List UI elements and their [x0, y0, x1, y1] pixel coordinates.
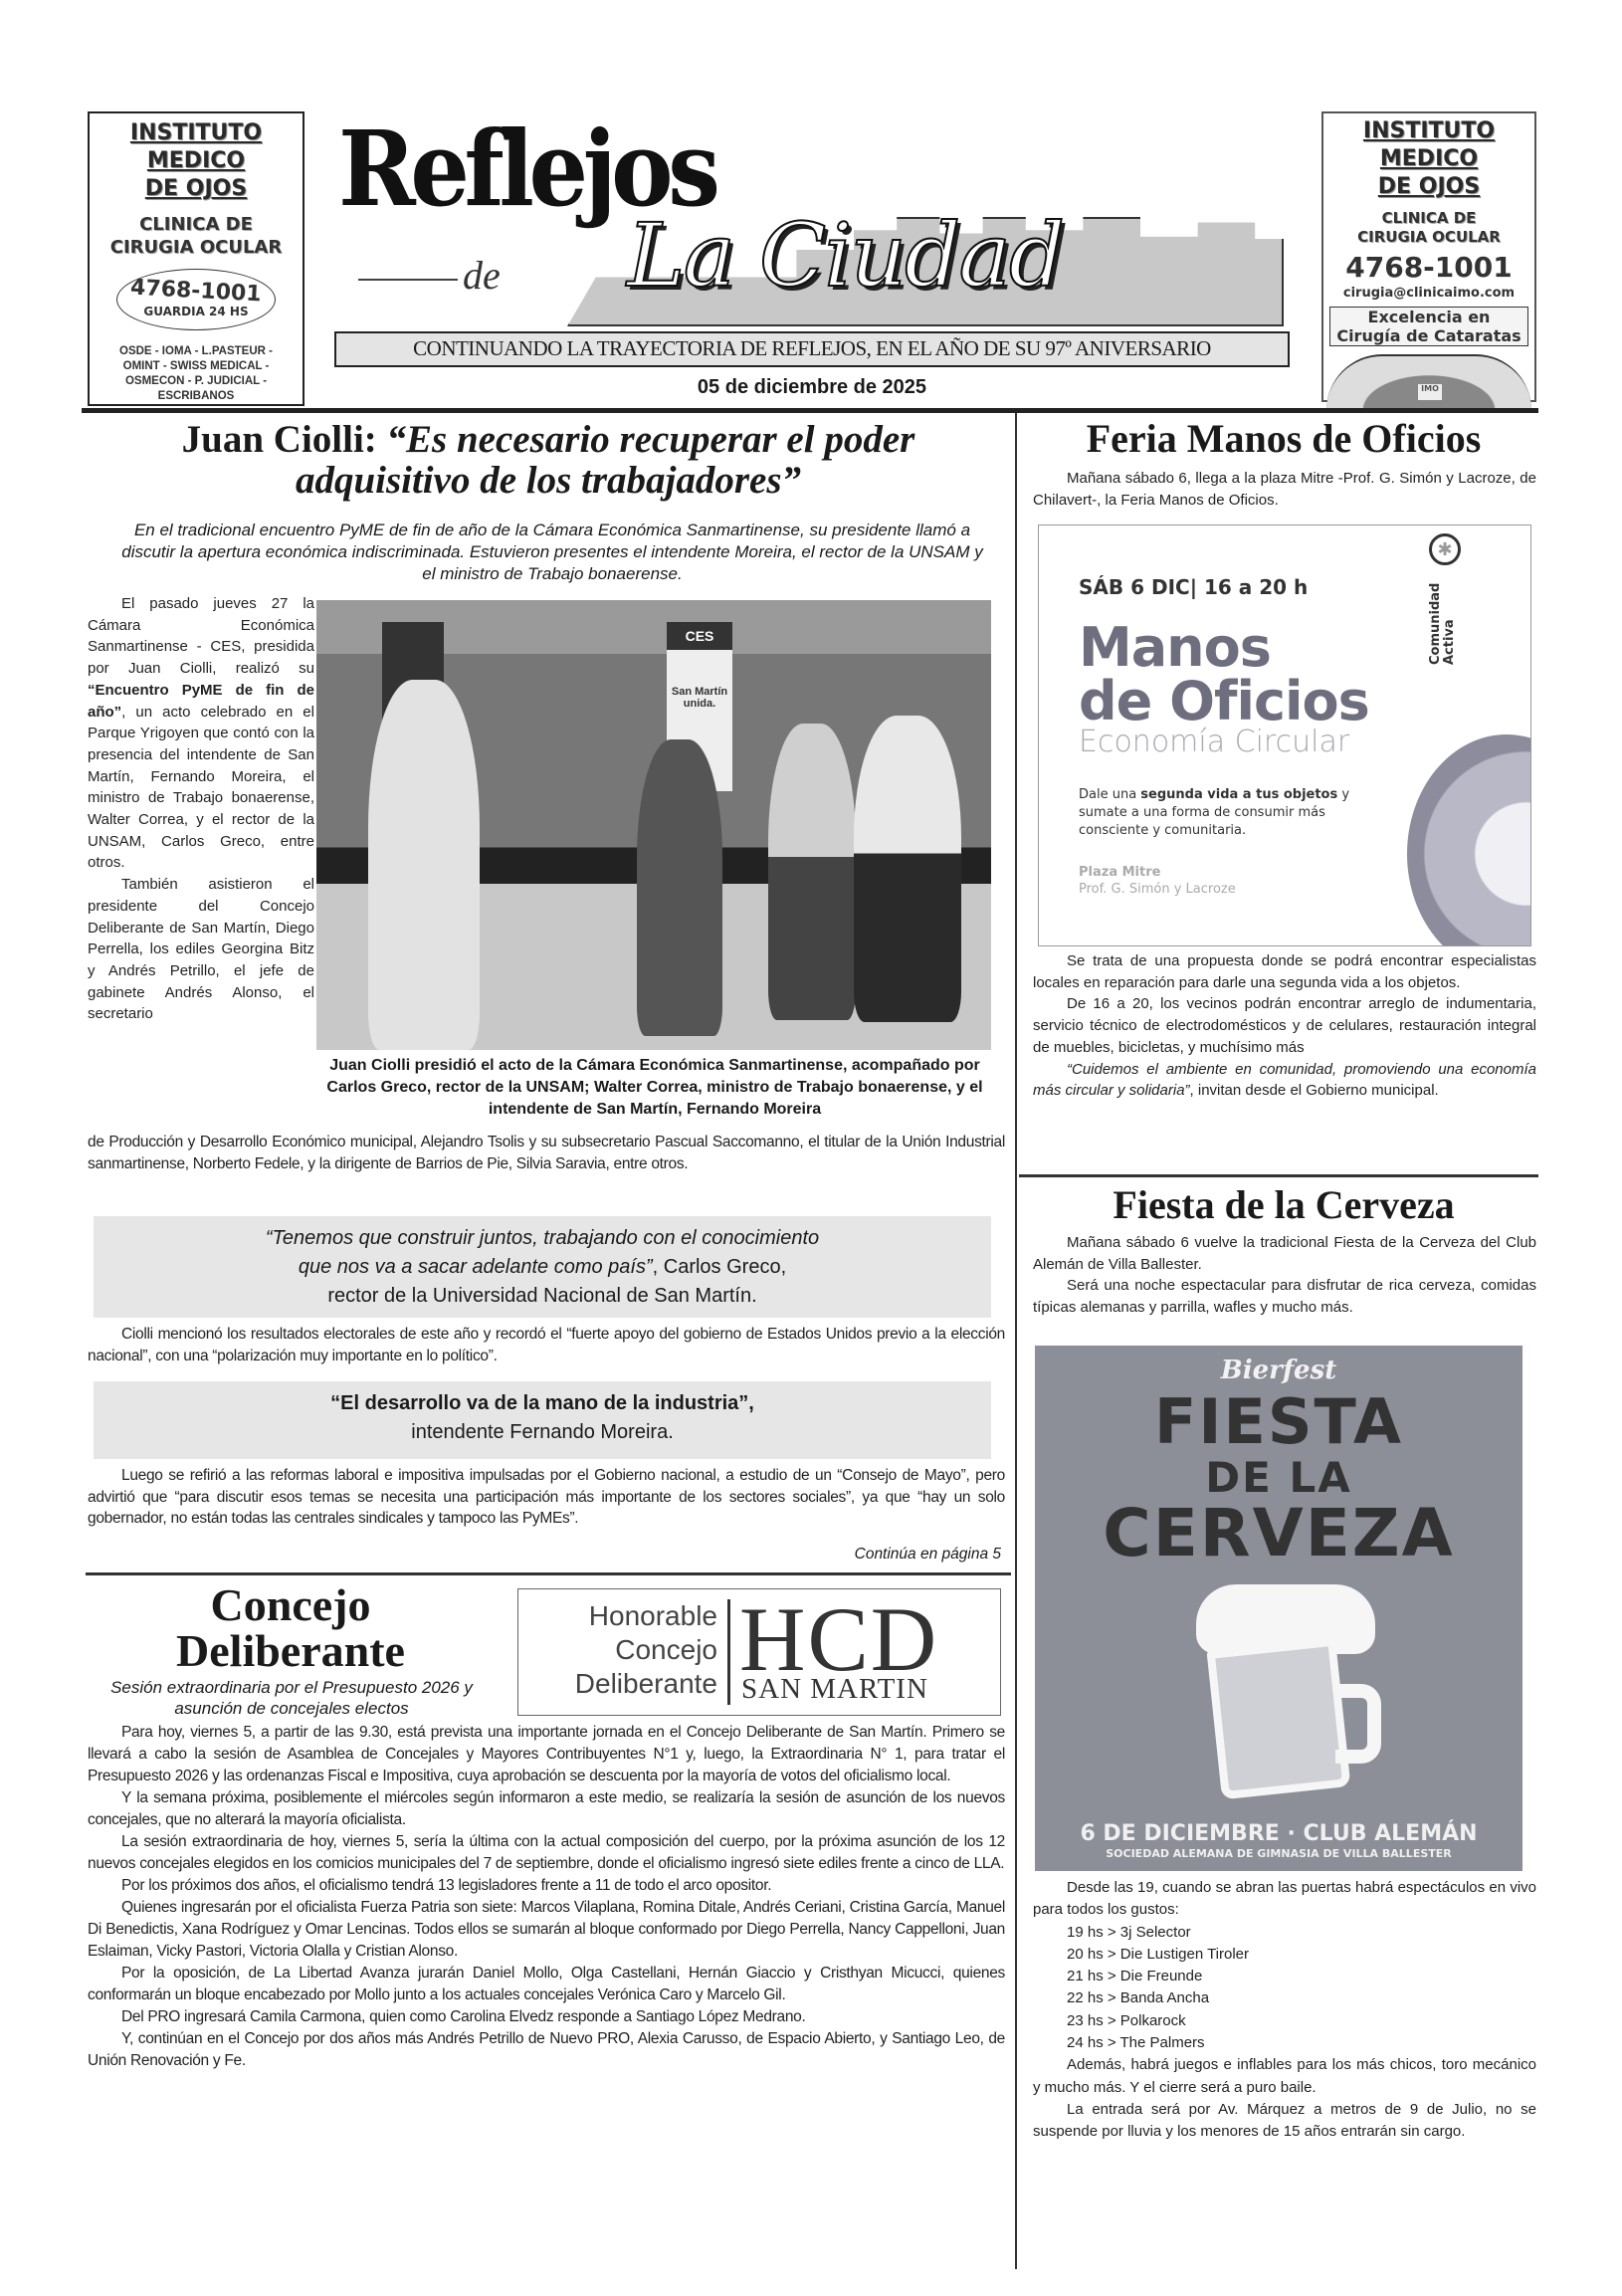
ad-title-line: de Oficios [1079, 675, 1369, 729]
ad-coverage-list: OSDE - IOMA - L.PASTEUR - OMINT - SWISS … [90, 344, 303, 404]
paragraph: También asistieron el presidente del Con… [88, 874, 314, 1025]
headline-line: Concejo [92, 1582, 490, 1628]
headline-line: Deliberante [92, 1628, 490, 1674]
logo-divider [727, 1599, 730, 1705]
coverage-line: OSDE - IOMA - L.PASTEUR - [90, 344, 303, 359]
paragraph: La sesión extraordinaria de hoy, viernes… [88, 1831, 1005, 1875]
masthead-title-la-ciudad: La Ciudad [627, 212, 1063, 300]
main-narrow-column: El pasado jueves 27 la Cámara Económica … [88, 593, 314, 1025]
ad-instituto-medico-left[interactable]: INSTITUTO MEDICO DE OJOS CLINICA DE CIRU… [88, 111, 304, 406]
logo-text: IMO [1418, 384, 1442, 400]
paragraph: De 16 a 20, los vecinos podrán encontrar… [1033, 993, 1536, 1058]
ad-place: Plaza Mitre Prof. G. Simón y Lacroze [1079, 864, 1236, 898]
fiesta-cerveza-ad[interactable]: Bierfest FIESTA DE LA CERVEZA 6 DE DICIE… [1035, 1346, 1522, 1871]
schedule-item: 23 hs > Polkarock [1033, 2010, 1536, 2032]
ad-organizer: SOCIEDAD ALEMANA DE GIMNASIA DE VILLA BA… [1035, 1847, 1522, 1860]
ad-guardia: GUARDIA 24 HS [143, 305, 248, 318]
concejo-body: Para hoy, viernes 5, a partir de las 9.3… [88, 1722, 1005, 2072]
masthead-de: de [463, 252, 501, 299]
paragraph: Además, habrá juegos e inflables para lo… [1033, 2054, 1536, 2099]
event-photo[interactable]: CES San Martín unida. [316, 600, 991, 1050]
hcd-logo-big: HCD [739, 1595, 938, 1683]
imo-logo-icon: IMO [1326, 354, 1531, 410]
person-right [854, 716, 961, 1022]
paragraph: Mañana sábado 6, llega a la plaza Mitre … [1033, 468, 1536, 511]
main-headline: Juan Ciolli: “Es necesario recuperar el … [86, 420, 1011, 502]
brand-text: ComunidadActiva [1429, 569, 1457, 665]
main-body-p3: Luego se refirió a las reformas laboral … [88, 1465, 1005, 1530]
person-speaker [368, 680, 480, 1050]
quote-text: “Tenemos que construir juntos, trabajand… [266, 1227, 819, 1249]
continues-link[interactable]: Continúa en página 5 [776, 1546, 1001, 1564]
hcd-logo: Honorable Concejo Deliberante HCD SAN MA… [517, 1588, 1001, 1716]
section-rule [1019, 1174, 1538, 1177]
coverage-line: ESCRIBANOS [90, 389, 303, 404]
logo-text: Deliberante [528, 1667, 717, 1701]
place-name: Plaza Mitre [1079, 864, 1236, 881]
ad-phone: 4768-1001 [130, 278, 263, 307]
issue-date: 05 de diciembre de 2025 [334, 376, 1290, 399]
banner-text: CES [667, 622, 732, 650]
coverage-line: OMINT - SWISS MEDICAL - [90, 359, 303, 374]
paragraph: Quienes ingresarán por el oficialista Fu… [88, 1897, 1005, 1963]
header-rule [82, 408, 1538, 413]
phone-oval: 4768-1001 GUARDIA 24 HS [116, 269, 276, 330]
main-body-p2: Ciolli mencionó los resultados electoral… [88, 1324, 1005, 1366]
pull-quote-greco: “Tenemos que construir juntos, trabajand… [94, 1216, 991, 1318]
masthead: Reflejos de La Ciudad [338, 107, 1294, 331]
brand-line: Comunidad [1428, 583, 1443, 665]
column-divider [1015, 413, 1017, 2269]
banner-subtext: San Martín unida. [667, 650, 732, 710]
schedule-item: 22 hs > Banda Ancha [1033, 1987, 1536, 2009]
ad-date-venue: 6 DE DICIEMBRE · CLUB ALEMÁN [1035, 1821, 1522, 1846]
paragraph: Se trata de una propuesta donde se podrá… [1033, 950, 1536, 993]
paragraph: La entrada será por Av. Márquez a metros… [1033, 2099, 1536, 2144]
feria-intro: Mañana sábado 6, llega a la plaza Mitre … [1033, 468, 1536, 511]
paragraph: Y la semana próxima, posiblemente el mié… [88, 1787, 1005, 1831]
cerveza-body: Desde las 19, cuando se abran las puerta… [1033, 1877, 1536, 2144]
brand-line: Activa [1442, 619, 1457, 665]
paragraph: “Cuidemos el ambiente en comunidad, prom… [1033, 1059, 1536, 1102]
concejo-deck: Sesión extraordinaria por el Presupuesto… [107, 1677, 476, 1719]
schedule-item: 19 hs > 3j Selector [1033, 1922, 1536, 1944]
quote-attribution: intendente Fernando Moreira. [94, 1418, 991, 1447]
photo-caption: Juan Ciolli presidió el acto de la Cámar… [320, 1055, 989, 1121]
quote-text: que nos va a sacar adelante como país” [299, 1256, 653, 1278]
ad-title-cerveza: CERVEZA [1035, 1501, 1522, 1566]
section-rule [86, 1572, 1011, 1575]
place-address: Prof. G. Simón y Lacroze [1079, 881, 1236, 898]
quote-attribution: , Carlos Greco, [653, 1256, 786, 1278]
paragraph: Mañana sábado 6 vuelve la tradicional Fi… [1033, 1232, 1536, 1275]
manos-de-oficios-ad[interactable]: SÁB 6 DIC| 16 a 20 h Manos de Oficios Ec… [1038, 524, 1531, 946]
feria-headline: Feria Manos de Oficios [1025, 418, 1542, 460]
tools-circle-illustration-icon [1407, 734, 1531, 946]
ad-phone: 4768-1001 [1323, 251, 1534, 285]
paragraph: Ciolli mencionó los resultados electoral… [88, 1324, 1005, 1366]
person-suit [637, 739, 722, 1036]
cerveza-intro: Mañana sábado 6 vuelve la tradicional Fi… [1033, 1232, 1536, 1319]
feria-body: Se trata de una propuesta donde se podrá… [1033, 950, 1536, 1102]
hcd-logo-left: Honorable Concejo Deliberante [528, 1599, 717, 1701]
concejo-headline: Concejo Deliberante [92, 1582, 490, 1674]
text: , invitan desde el Gobierno municipal. [1190, 1082, 1439, 1099]
quote-text: “El desarrollo va de la mano de la indus… [94, 1389, 991, 1418]
cerveza-headline: Fiesta de la Cerveza [1025, 1184, 1542, 1226]
schedule-item: 24 hs > The Palmers [1033, 2032, 1536, 2054]
ad-title-line: Manos [1079, 621, 1369, 675]
ad-subtitle: Economía Circular [1079, 725, 1349, 759]
paragraph: de Producción y Desarrollo Económico mun… [88, 1132, 1005, 1174]
ad-highlight-line: Cirugía de Cataratas [1330, 326, 1527, 345]
ad-title: DE OJOS [1323, 173, 1534, 201]
schedule-item: 20 hs > Die Lustigen Tiroler [1033, 1944, 1536, 1966]
ad-highlight-box: Excelencia en Cirugía de Cataratas [1329, 307, 1528, 346]
logo-text: Concejo [528, 1633, 717, 1667]
hcd-logo-small: SAN MARTIN [741, 1673, 928, 1706]
ad-title: DE OJOS [90, 175, 303, 203]
ad-email[interactable]: cirugia@clinicaimo.com [1323, 285, 1534, 303]
text-bold: segunda vida a tus objetos [1140, 787, 1337, 802]
text: , un acto celebrado en el Parque Yrigoye… [88, 704, 314, 872]
paragraph: Por la oposición, de La Libertad Avanza … [88, 1963, 1005, 2006]
ad-instituto-medico-right[interactable]: INSTITUTO MEDICO DE OJOS CLINICA DE CIRU… [1321, 111, 1536, 402]
main-body-full: de Producción y Desarrollo Económico mun… [88, 1132, 1005, 1174]
masthead-rule [358, 279, 458, 281]
text: El pasado jueves 27 la Cámara Económica … [88, 595, 314, 677]
ad-title: INSTITUTO MEDICO [1323, 117, 1534, 173]
paragraph: Luego se refirió a las reformas laboral … [88, 1465, 1005, 1530]
paragraph: Para hoy, viernes 5, a partir de las 9.3… [88, 1722, 1005, 1787]
ad-highlight-line: Excelencia en [1330, 308, 1527, 326]
beer-mug-icon [1196, 1584, 1375, 1793]
headline-quote: “Es necesario recuperar el poder [387, 418, 915, 461]
tagline: CONTINUANDO LA TRAYECTORIA DE REFLEJOS, … [334, 331, 1290, 367]
text: Dale una [1079, 787, 1140, 802]
quote-attribution: rector de la Universidad Nacional de San… [94, 1282, 991, 1311]
ad-date: SÁB 6 DIC| 16 a 20 h [1079, 575, 1308, 599]
pull-quote-moreira: “El desarrollo va de la mano de la indus… [94, 1381, 991, 1459]
paragraph: El pasado jueves 27 la Cámara Económica … [88, 593, 314, 874]
ad-description: Dale una segunda vida a tus objetos y su… [1079, 786, 1357, 840]
paragraph: Será una noche espectacular para disfrut… [1033, 1275, 1536, 1318]
logo-text: Honorable [528, 1599, 717, 1633]
paragraph: Por los próximos dos años, el oficialism… [88, 1875, 1005, 1897]
ad-title-fiesta: FIESTA [1035, 1391, 1522, 1453]
ad-title: INSTITUTO MEDICO [90, 119, 303, 175]
ad-script-title: Bierfest [1035, 1356, 1522, 1385]
main-deck: En el tradicional encuentro PyME de fin … [119, 520, 985, 585]
comunidad-activa-logo-icon: ✱ [1429, 533, 1461, 565]
ad-subtitle: CIRUGIA OCULAR [90, 236, 303, 259]
person-checkered [768, 724, 856, 1020]
coverage-line: OSMECON - P. JUDICIAL - [90, 374, 303, 389]
ad-subtitle: CIRUGIA OCULAR [1323, 228, 1534, 247]
ad-title-de-la: DE LA [1035, 1457, 1522, 1499]
schedule-item: 21 hs > Die Freunde [1033, 1966, 1536, 1987]
paragraph: Desde las 19, cuando se abran las puerta… [1033, 1877, 1536, 1922]
paragraph: Y, continúan en el Concejo por dos años … [88, 2028, 1005, 2072]
headline-name: Juan Ciolli: [182, 418, 387, 461]
headline-quote: adquisitivo de los trabajadores” [296, 459, 801, 502]
ad-subtitle: CLINICA DE [90, 213, 303, 236]
ad-title: Manos de Oficios [1079, 621, 1369, 729]
paragraph: Del PRO ingresará Camila Carmona, quien … [88, 2006, 1005, 2028]
ad-subtitle: CLINICA DE [1323, 209, 1534, 228]
